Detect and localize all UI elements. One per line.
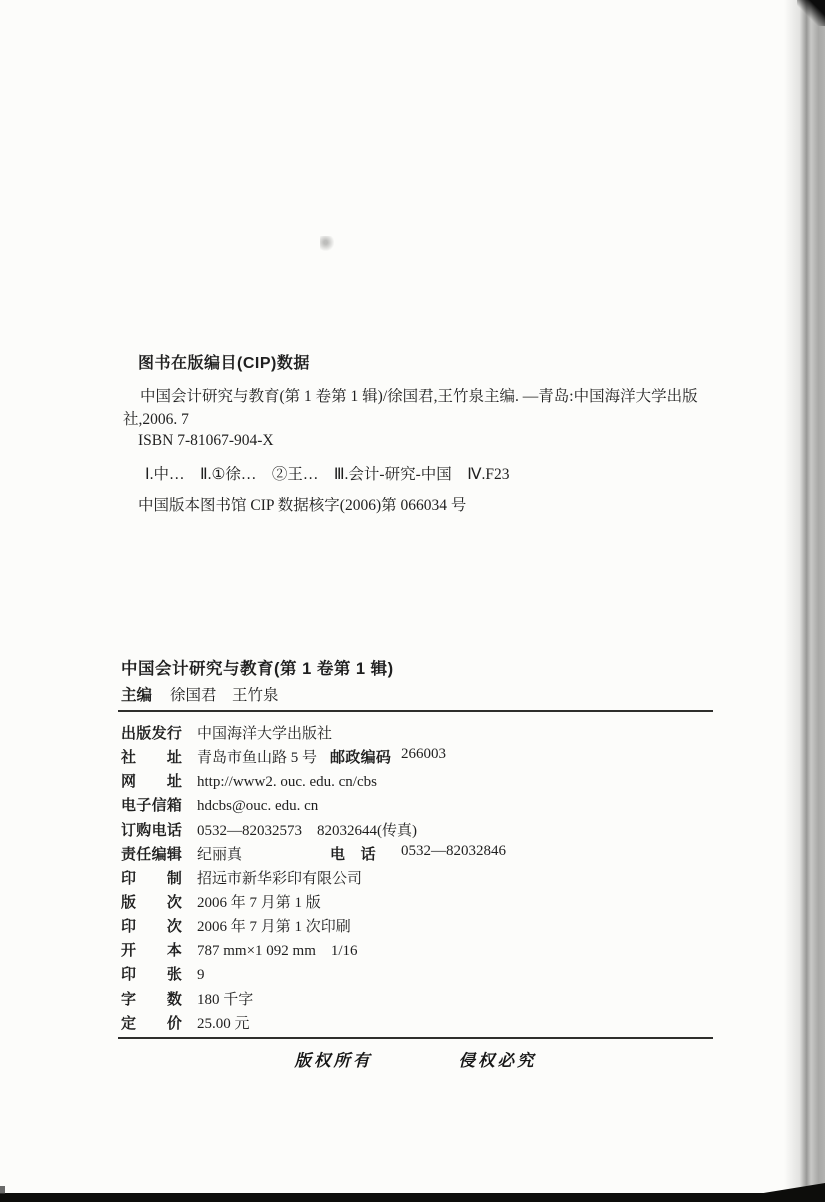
page-edge-shadow-right — [784, 0, 825, 1202]
publication-row-label: 版 次 — [121, 891, 183, 912]
publication-row-value-2: 266003 — [401, 746, 446, 763]
publication-row-label-2: 电 话 — [330, 843, 376, 864]
publication-row: 网 址 http://www2. ouc. edu. cn/cbs — [121, 770, 713, 794]
publication-row-value: 招远市新华彩印有限公司 — [197, 867, 362, 888]
publication-row: 印 次 2006 年 7 月第 1 次印刷 — [121, 915, 713, 939]
editor-label: 主编 — [121, 687, 152, 704]
publication-row-value: 0532—82032573 82032644(传真) — [197, 819, 417, 840]
publication-info: 出版发行 中国海洋大学出版社 社 址 青岛市鱼山路 5 号 邮政编码 26600… — [121, 722, 713, 1036]
publication-row-value: 787 mm×1 092 mm 1/16 — [197, 939, 358, 960]
publication-row-value: 180 千字 — [197, 988, 253, 1009]
publication-row: 责任编辑 纪丽真 电 话 0532—82032846 — [121, 843, 713, 867]
cip-description-line-2: 社,2006. 7 — [123, 407, 189, 429]
copyright-notice-left: 版权所有 — [295, 1047, 373, 1071]
page-edge-mark-bottom-left — [0, 1186, 5, 1194]
publication-row-value: 9 — [197, 967, 205, 984]
publication-row-label: 开 本 — [121, 939, 183, 960]
publication-row-value: hdcbs@ouc. edu. cn — [197, 798, 318, 815]
publication-row-label: 网 址 — [121, 770, 183, 791]
book-title: 中国会计研究与教育(第 1 卷第 1 辑) — [121, 655, 394, 679]
publication-row: 版 次 2006 年 7 月第 1 版 — [121, 891, 713, 915]
publication-row-label: 字 数 — [121, 988, 183, 1009]
publication-row-label: 印 制 — [121, 867, 183, 888]
publication-row-value: 纪丽真 — [197, 843, 242, 864]
publication-row-label: 印 次 — [121, 915, 183, 936]
publication-row: 出版发行 中国海洋大学出版社 — [121, 722, 713, 746]
publication-row: 印 制 招远市新华彩印有限公司 — [121, 867, 713, 891]
publication-row: 订购电话 0532—82032573 82032644(传真) — [121, 819, 713, 843]
cip-description-line-1: 中国会计研究与教育(第 1 卷第 1 辑)/徐国君,王竹泉主编. —青岛:中国海… — [140, 384, 698, 406]
cip-heading: 图书在版编目(CIP)数据 — [138, 350, 310, 373]
cip-classification-line: Ⅰ.中… Ⅱ.①徐… ②王… Ⅲ.会计-研究-中国 Ⅳ.F23 — [145, 462, 510, 484]
publication-row: 印 张 9 — [121, 963, 713, 987]
publication-row: 定 价 25.00 元 — [121, 1012, 713, 1036]
publication-row: 字 数 180 千字 — [121, 988, 713, 1012]
publication-row-label: 定 价 — [121, 1012, 183, 1033]
publication-row-value: 2006 年 7 月第 1 次印刷 — [197, 915, 351, 936]
page-edge-dark-bottom — [0, 1193, 825, 1202]
editors-line: 主编徐国君 王竹泉 — [121, 683, 279, 705]
publication-row-label: 电子信箱 — [121, 794, 183, 815]
publication-row-value: 25.00 元 — [197, 1012, 250, 1033]
copyright-notice-right: 侵权必究 — [459, 1047, 537, 1071]
page-corner-dark-top-right — [797, 0, 825, 26]
publication-row-label: 印 张 — [121, 963, 183, 984]
publication-row-label-2: 邮政编码 — [330, 746, 391, 767]
cip-registry-line: 中国版本图书馆 CIP 数据核字(2006)第 066034 号 — [138, 493, 466, 515]
publication-row-label: 出版发行 — [121, 722, 183, 743]
publication-row-label: 社 址 — [121, 746, 183, 767]
publication-row-value: http://www2. ouc. edu. cn/cbs — [197, 774, 377, 791]
publication-row-value-2: 0532—82032846 — [401, 843, 506, 860]
publication-row-label: 责任编辑 — [121, 843, 183, 864]
book-colophon-page: 图书在版编目(CIP)数据 中国会计研究与教育(第 1 卷第 1 辑)/徐国君,… — [0, 0, 825, 1202]
divider-top — [118, 710, 713, 712]
publication-row-label: 订购电话 — [121, 819, 183, 840]
isbn-line: ISBN 7-81067-904-X — [138, 432, 274, 450]
scan-smudge — [320, 236, 334, 252]
copyright-notice: 版权所有 侵权必究 — [118, 1047, 713, 1071]
publication-row: 开 本 787 mm×1 092 mm 1/16 — [121, 939, 713, 963]
publication-row-value: 中国海洋大学出版社 — [197, 722, 332, 743]
editor-names: 徐国君 王竹泉 — [170, 687, 279, 704]
publication-row: 社 址 青岛市鱼山路 5 号 邮政编码 266003 — [121, 746, 713, 770]
divider-bottom — [118, 1037, 713, 1039]
publication-row-value: 青岛市鱼山路 5 号 — [197, 746, 317, 767]
publication-row-value: 2006 年 7 月第 1 版 — [197, 891, 321, 912]
publication-row: 电子信箱 hdcbs@ouc. edu. cn — [121, 794, 713, 818]
